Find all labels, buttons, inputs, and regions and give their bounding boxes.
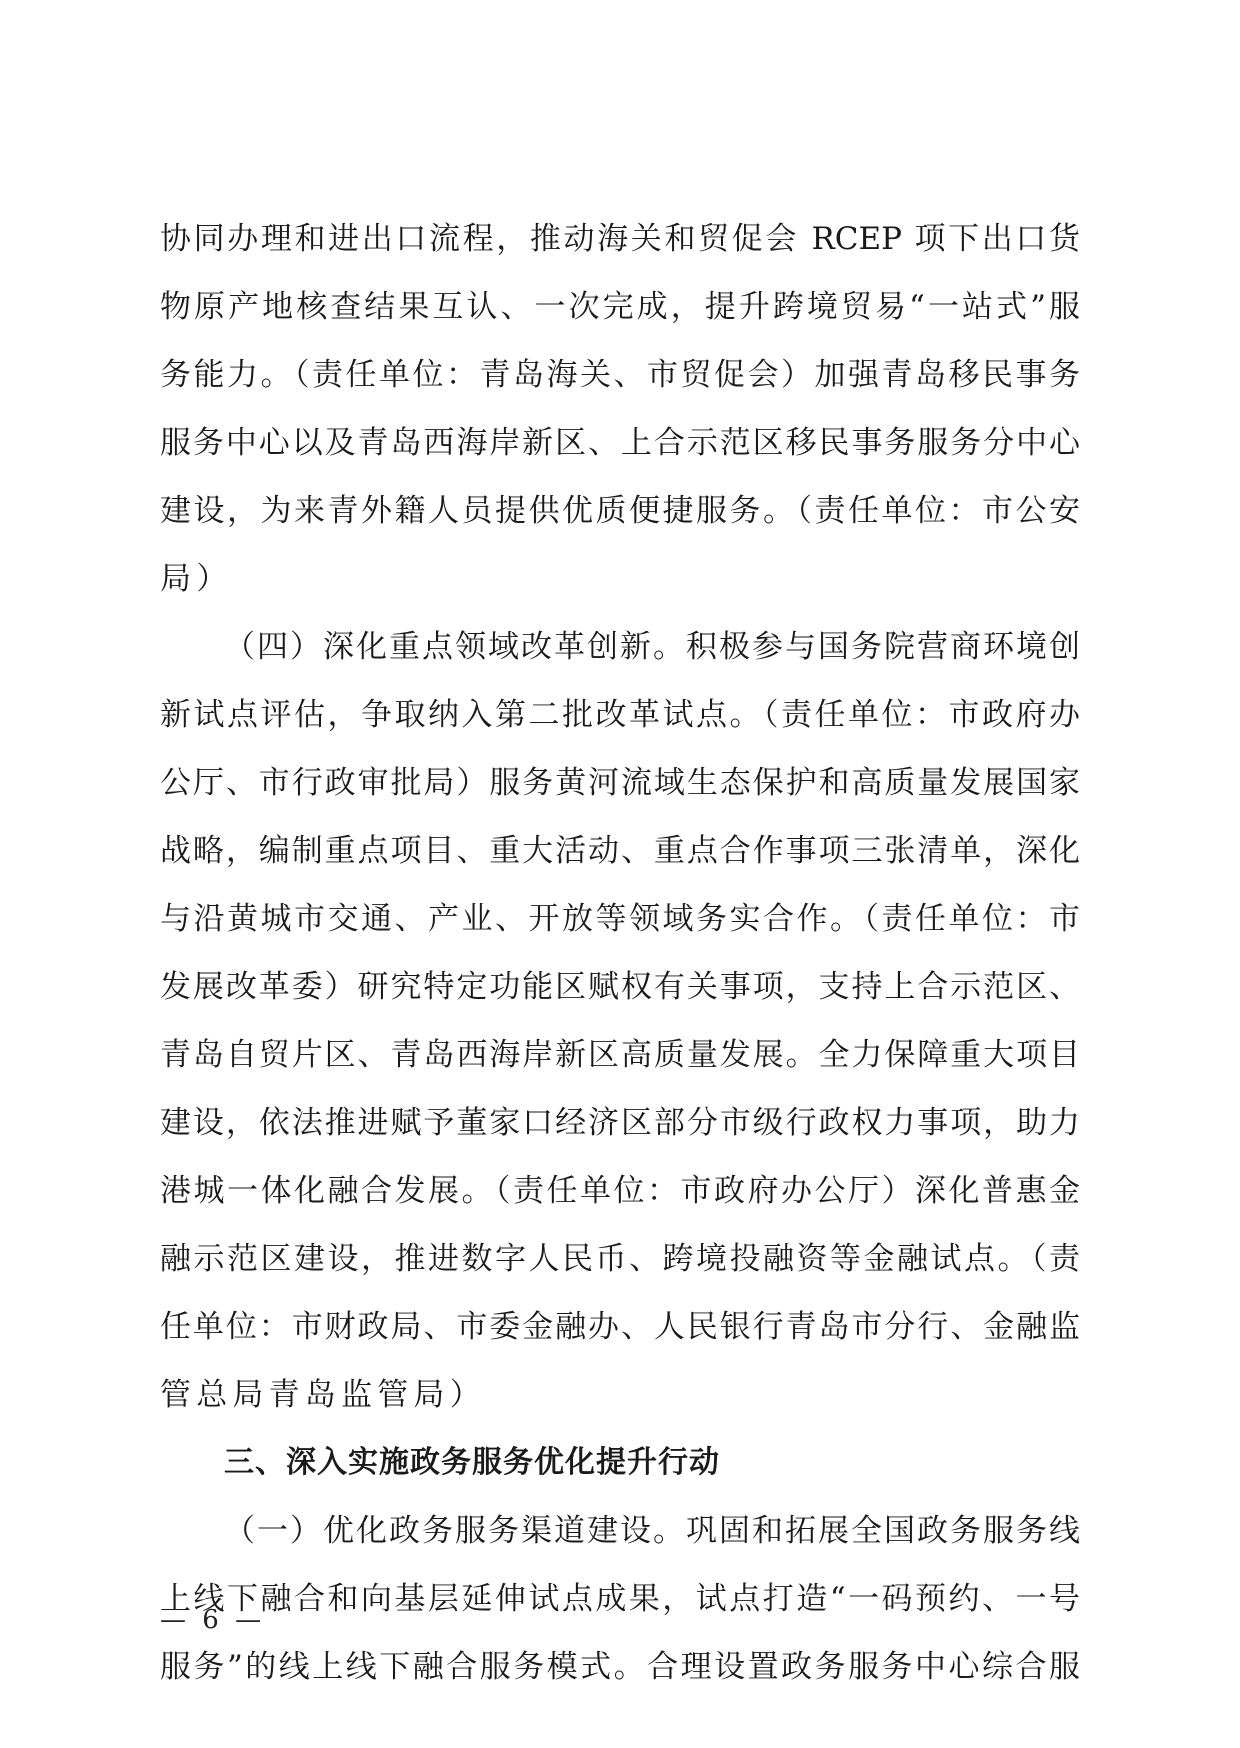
paragraph-line: 物原产地核查结果互认、一次完成，提升跨境贸易“一站式”服 [160,273,1080,341]
paragraph-line: （一）优化政务服务渠道建设。巩固和拓展全国政务服务线 [160,1497,1080,1565]
paragraph-line: 战略，编制重点项目、重大活动、重点合作事项三张清单，深化 [160,817,1080,885]
paragraph-line: 新试点评估，争取纳入第二批改革试点。（责任单位：市政府办 [160,681,1080,749]
paragraph-line: 上线下融合和向基层延伸试点成果，试点打造“一码预约、一号 [160,1565,1080,1633]
paragraph-line: 建设，为来青外籍人员提供优质便捷服务。（责任单位：市公安 [160,477,1080,545]
paragraph-line: 服务”的线上线下融合服务模式。合理设置政务服务中心综合服 [160,1633,1080,1701]
paragraph-line: 发展改革委）研究特定功能区赋权有关事项，支持上合示范区、 [160,953,1080,1021]
paragraph-line: （四）深化重点领域改革创新。积极参与国务院营商环境创 [160,613,1080,681]
page-number: — 6 — [160,1605,265,1635]
document-page: 协同办理和进出口流程，推动海关和贸促会 RCEP 项下出口货 物原产地核查结果互… [0,0,1240,1748]
paragraph-line: 港城一体化融合发展。（责任单位：市政府办公厅）深化普惠金 [160,1157,1080,1225]
paragraph-line: 公厅、市行政审批局）服务黄河流域生态保护和高质量发展国家 [160,749,1080,817]
paragraph-line: 局） [160,545,1080,613]
paragraph-line: 融示范区建设，推进数字人民币、跨境投融资等金融试点。（责 [160,1225,1080,1293]
section-heading: 三、深入实施政务服务优化提升行动 [160,1429,1080,1497]
paragraph-line: 务能力。（责任单位：青岛海关、市贸促会）加强青岛移民事务 [160,341,1080,409]
paragraph-line: 与沿黄城市交通、产业、开放等领域务实合作。（责任单位：市 [160,885,1080,953]
paragraph-line: 青岛自贸片区、青岛西海岸新区高质量发展。全力保障重大项目 [160,1021,1080,1089]
paragraph-line: 任单位：市财政局、市委金融办、人民银行青岛市分行、金融监 [160,1293,1080,1361]
body-text: 协同办理和进出口流程，推动海关和贸促会 RCEP 项下出口货 物原产地核查结果互… [160,205,1080,1701]
paragraph-line: 协同办理和进出口流程，推动海关和贸促会 RCEP 项下出口货 [160,205,1080,273]
paragraph-line: 管总局青岛监管局） [160,1361,1080,1429]
paragraph-line: 建设，依法推进赋予董家口经济区部分市级行政权力事项，助力 [160,1089,1080,1157]
paragraph-line: 服务中心以及青岛西海岸新区、上合示范区移民事务服务分中心 [160,409,1080,477]
